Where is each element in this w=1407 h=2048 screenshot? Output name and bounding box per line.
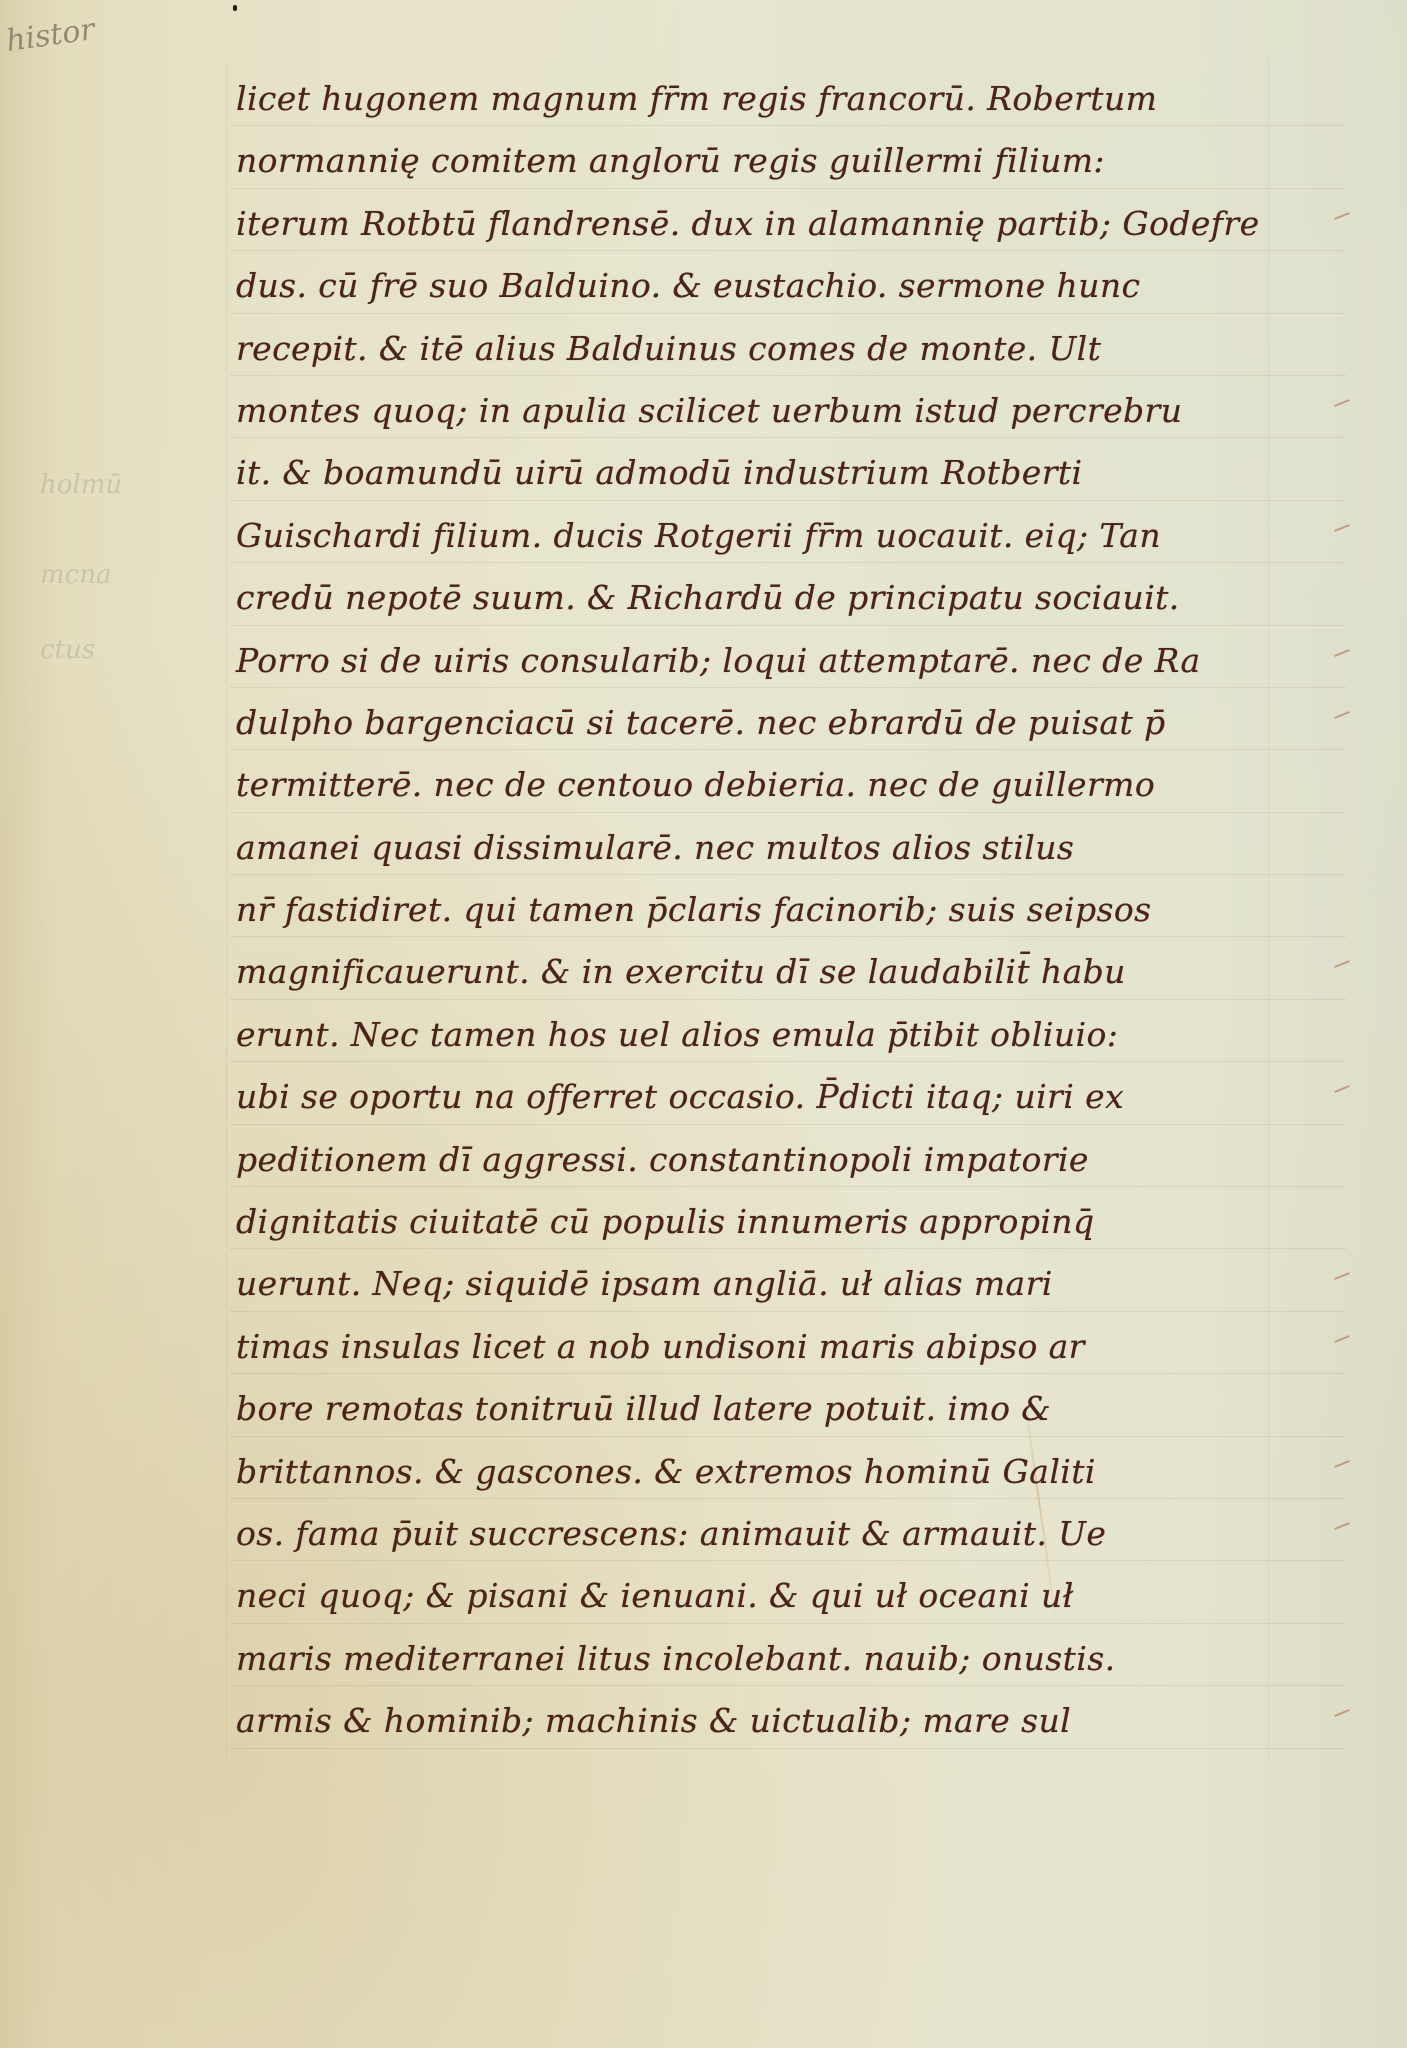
ink-speck xyxy=(233,5,237,11)
text-line: dulpho bargenciacū si tacerē. nec ebrard… xyxy=(236,692,1316,754)
text-line: brittannos. & gascones. & extremos homin… xyxy=(236,1441,1316,1503)
line-text: Guischardi filium. ducis Rotgerii fr̄m u… xyxy=(236,516,1161,555)
text-line: armis & hominib; machinis & uictualib; m… xyxy=(236,1690,1316,1752)
faint-margin-note: ctus xyxy=(40,635,95,665)
text-line: Guischardi filium. ducis Rotgerii fr̄m u… xyxy=(236,505,1316,567)
line-continuation-mark xyxy=(1334,1272,1350,1280)
manuscript-folio: histor holmū mcna ctus licet hugonem mag… xyxy=(0,0,1407,2048)
line-text: ubi se oportu na offerret occasio. P̄dic… xyxy=(236,1077,1124,1116)
text-line: licet hugonem magnum fr̄m regis francorū… xyxy=(236,68,1316,130)
ruling-line-left xyxy=(226,60,227,1760)
text-line: bore remotas tonitruū illud latere potui… xyxy=(236,1378,1316,1440)
line-continuation-mark xyxy=(1334,1460,1350,1468)
line-continuation-mark xyxy=(1334,1522,1350,1530)
line-text: armis & hominib; machinis & uictualib; m… xyxy=(236,1701,1071,1740)
text-line: termitterē. nec de centouo debieria. nec… xyxy=(236,754,1316,816)
text-line: Porro si de uiris consularib; loqui atte… xyxy=(236,630,1316,692)
line-continuation-mark xyxy=(1334,399,1350,407)
line-continuation-mark xyxy=(1334,1709,1350,1717)
line-text: brittannos. & gascones. & extremos homin… xyxy=(236,1452,1096,1491)
text-line: montes quoq; in apulia scilicet uerbum i… xyxy=(236,380,1316,442)
line-text: magnificauerunt. & in exercitu dī se lau… xyxy=(236,952,1126,991)
text-line: dus. cū frē suo Balduino. & eustachio. s… xyxy=(236,255,1316,317)
text-column: licet hugonem magnum fr̄m regis francorū… xyxy=(236,68,1316,1753)
line-text: timas insulas licet a nob undisoni maris… xyxy=(236,1327,1085,1366)
line-text: montes quoq; in apulia scilicet uerbum i… xyxy=(236,391,1182,430)
text-line: uerunt. Neq; siquidē ipsam angliā. uł al… xyxy=(236,1253,1316,1315)
text-line: timas insulas licet a nob undisoni maris… xyxy=(236,1316,1316,1378)
text-line: amanei quasi dissimularē. nec multos ali… xyxy=(236,817,1316,879)
text-line: os. fama p̄uit succrescens: animauit & a… xyxy=(236,1503,1316,1565)
line-text: os. fama p̄uit succrescens: animauit & a… xyxy=(236,1514,1106,1553)
text-line: nr̄ fastidiret. qui tamen p̄claris facin… xyxy=(236,879,1316,941)
line-text: iterum Rotbtū flandrensē. dux in alamann… xyxy=(236,204,1260,243)
text-line: recepit. & itē alius Balduinus comes de … xyxy=(236,318,1316,380)
faint-margin-note: mcna xyxy=(40,560,111,590)
line-continuation-mark xyxy=(1334,711,1350,719)
line-continuation-mark xyxy=(1334,961,1350,969)
text-line: peditionem dī aggressi. constantinopoli … xyxy=(236,1129,1316,1191)
line-text: dulpho bargenciacū si tacerē. nec ebrard… xyxy=(236,703,1166,742)
margin-annotation-top: histor xyxy=(4,12,97,59)
text-line: erunt. Nec tamen hos uel alios emula p̄t… xyxy=(236,1004,1316,1066)
text-line: it. & boamundū uirū admodū industrium Ro… xyxy=(236,442,1316,504)
line-text: uerunt. Neq; siquidē ipsam angliā. uł al… xyxy=(236,1264,1053,1303)
text-line: magnificauerunt. & in exercitu dī se lau… xyxy=(236,941,1316,1003)
line-continuation-mark xyxy=(1334,524,1350,532)
text-line: maris mediterranei litus incolebant. nau… xyxy=(236,1628,1316,1690)
line-continuation-mark xyxy=(1334,212,1350,220)
line-continuation-mark xyxy=(1334,1335,1350,1343)
faint-margin-note: holmū xyxy=(40,470,122,500)
text-line: dignitatis ciuitatē cū populis innumeris… xyxy=(236,1191,1316,1253)
text-line: neci quoq; & pisani & ienuani. & qui uł … xyxy=(236,1565,1316,1627)
text-line: ubi se oportu na offerret occasio. P̄dic… xyxy=(236,1066,1316,1128)
line-continuation-mark xyxy=(1334,649,1350,657)
text-line: credū nepotē suum. & Richardū de princip… xyxy=(236,567,1316,629)
text-line: normannię comitem anglorū regis guillerm… xyxy=(236,130,1316,192)
line-continuation-mark xyxy=(1334,1085,1350,1093)
text-line: iterum Rotbtū flandrensē. dux in alamann… xyxy=(236,193,1316,255)
line-text: Porro si de uiris consularib; loqui atte… xyxy=(236,641,1201,680)
